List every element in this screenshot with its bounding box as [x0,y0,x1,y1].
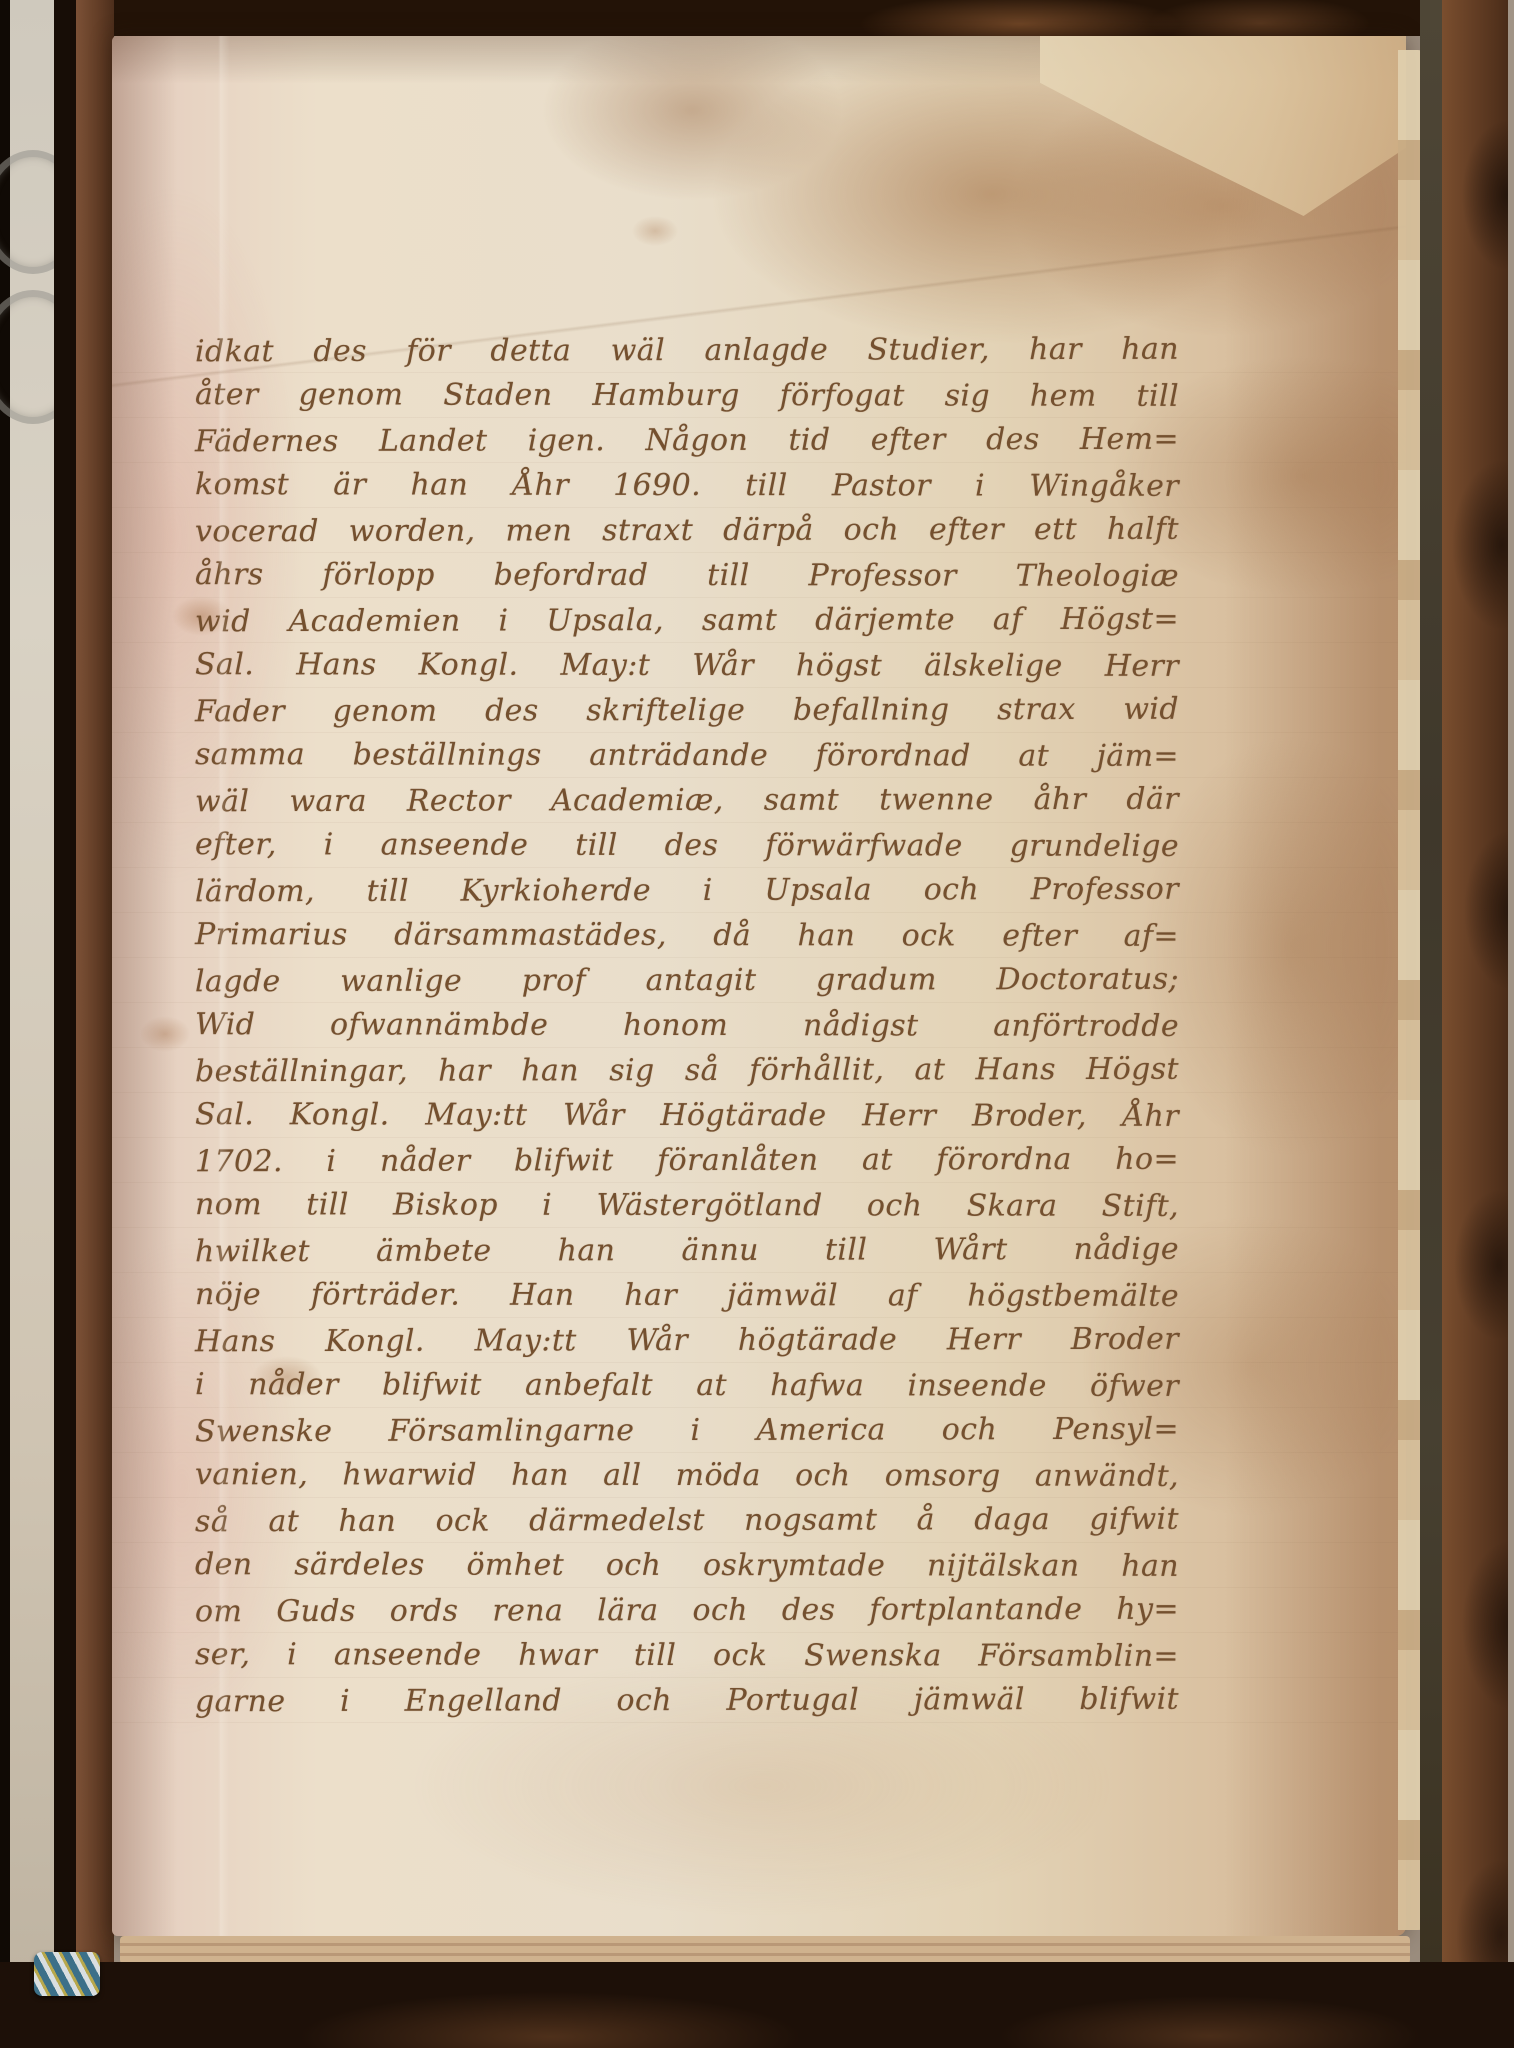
gutter-shadow [54,0,76,2048]
manuscript-line: garne i Engelland och Portugal jämwäl bl… [195,1677,1179,1725]
manuscript-line: nom till Biskop i Wästergötland och Skar… [195,1182,1179,1229]
manuscript-line: wäl wara Rector Academiæ, samt twenne åh… [195,777,1179,825]
manuscript-line: Primarius därsammastädes, då han ock eft… [195,912,1179,959]
manuscript-line: lärdom, till Kyrkioherde i Upsala och Pr… [195,867,1179,915]
manuscript-line: Fädernes Landet igen. Någon tid efter de… [195,417,1179,465]
book-cover-top-edge [0,0,1514,36]
manuscript-line: Sal. Hans Kongl. May:t Wår högst älskeli… [195,642,1179,689]
manuscript-line: Wid ofwannämbde honom nådigst anförtrodd… [195,1002,1179,1049]
manuscript-line: idkat des för detta wäl anlagde Studier,… [195,327,1179,375]
photo-backdrop [1508,0,1514,2048]
manuscript-line: om Guds ords rena lära och des fortplant… [195,1587,1179,1635]
manuscript-line: hwilket ämbete han ännu till Wårt nådige [195,1227,1179,1275]
manuscript-line: beställningar, har han sig så förhållit,… [195,1047,1179,1095]
manuscript-line: åter genom Staden Hamburg förfogat sig h… [195,372,1179,419]
manuscript-line: komst är han Åhr 1690. till Pastor i Win… [195,462,1179,509]
spine-leather-strip [76,0,114,2048]
manuscript-line: Swenske Församlingarne i America och Pen… [195,1407,1179,1455]
endband-threads [34,1952,100,1996]
manuscript-line: ser, i anseende hwar till ock Swenska Fö… [195,1632,1179,1679]
manuscript-line: efter, i anseende till des förwärfwade g… [195,822,1179,869]
handwritten-text-block: idkat des för detta wäl anlagde Studier,… [195,328,1179,1723]
manuscript-line: lagde wanlige prof antagit gradum Doctor… [195,957,1179,1005]
manuscript-line: 1702. i nåder blifwit föranlåten at föro… [195,1137,1179,1185]
manuscript-line: Sal. Kongl. May:tt Wår Högtärade Herr Br… [195,1092,1179,1139]
underlying-leaf-edges [120,1936,1410,1964]
manuscript-line: Fader genom des skriftelige befallning s… [195,687,1179,735]
manuscript-line: samma beställnings anträdande förordnad … [195,732,1179,779]
spine-lining-strip [10,0,54,2048]
manuscript-line: nöje förträder. Han har jämwäl af högstb… [195,1272,1179,1319]
book-cover-bottom-edge [0,1962,1514,2048]
manuscript-line: Hans Kongl. May:tt Wår högtärade Herr Br… [195,1317,1179,1365]
manuscript-page: idkat des för detta wäl anlagde Studier,… [112,36,1406,1936]
manuscript-line: vanien, hwarwid han all möda och omsorg … [195,1452,1179,1499]
manuscript-line: i nåder blifwit anbefalt at hafwa inseen… [195,1362,1179,1409]
manuscript-line: så at han ock därmedelst nogsamt å daga … [195,1497,1179,1545]
manuscript-line: vocerad worden, men straxt därpå och eft… [195,507,1179,555]
manuscript-line: åhrs förlopp befordrad till Professor Th… [195,552,1179,599]
open-book-photo: idkat des för detta wäl anlagde Studier,… [0,0,1514,2048]
right-cover-leather [1442,0,1508,2048]
cover-gap-shadow [1420,0,1442,2048]
manuscript-line: wid Academien i Upsala, samt därjemte af… [195,597,1179,645]
manuscript-line: den särdeles ömhet och oskrymtade nijtäl… [195,1542,1179,1589]
